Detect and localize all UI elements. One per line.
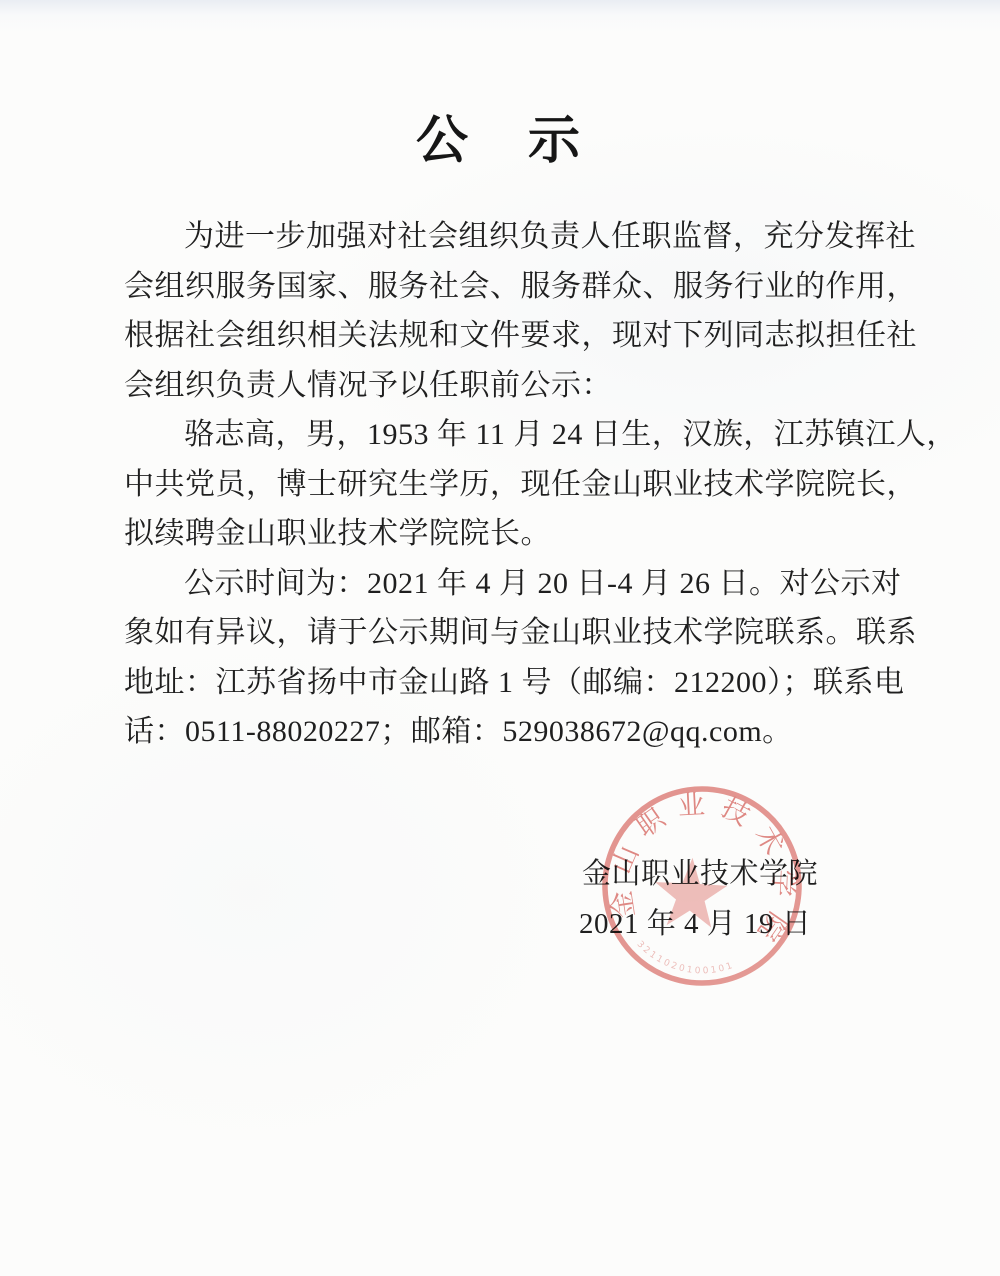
body-line: 拟续聘金山职业技术学院院长。 <box>124 509 880 559</box>
signature-date: 2021 年 4 月 19 日 <box>579 905 811 943</box>
body-line: 中共党员，博士研究生学历，现任金山职业技术学院院长， <box>124 460 880 510</box>
body-line: 会组织负责人情况予以任职前公示： <box>124 361 880 411</box>
body-line: 会组织服务国家、服务社会、服务群众、服务行业的作用， <box>124 262 880 312</box>
seal-serial-number: 3211020100101 <box>631 938 738 985</box>
body-line: 公示时间为：2021 年 4 月 20 日-4 月 26 日。对公示对 <box>124 559 880 609</box>
announcement-page: 公 示 为进一步加强对社会组织负责人任职监督，充分发挥社会组织服务国家、服务社会… <box>0 0 1000 1276</box>
body-line: 话：0511-88020227；邮箱：529038672@qq.com。 <box>124 707 880 757</box>
body-paragraphs: 为进一步加强对社会组织负责人任职监督，充分发挥社会组织服务国家、服务社会、服务群… <box>124 212 880 757</box>
page-title: 公 示 <box>0 98 1000 173</box>
body-line: 骆志高，男，1953 年 11 月 24 日生，汉族，江苏镇江人， <box>124 410 880 460</box>
body-line: 为进一步加强对社会组织负责人任职监督，充分发挥社 <box>124 212 880 262</box>
body-line: 象如有异议，请于公示期间与金山职业技术学院联系。联系 <box>124 608 880 658</box>
body-line: 根据社会组织相关法规和文件要求，现对下列同志拟担任社 <box>124 311 880 361</box>
scan-edge-shade <box>0 0 1000 34</box>
signature-organization: 金山职业技术学院 <box>582 856 818 892</box>
body-line: 地址：江苏省扬中市金山路 1 号（邮编：212200）；联系电 <box>124 658 880 708</box>
